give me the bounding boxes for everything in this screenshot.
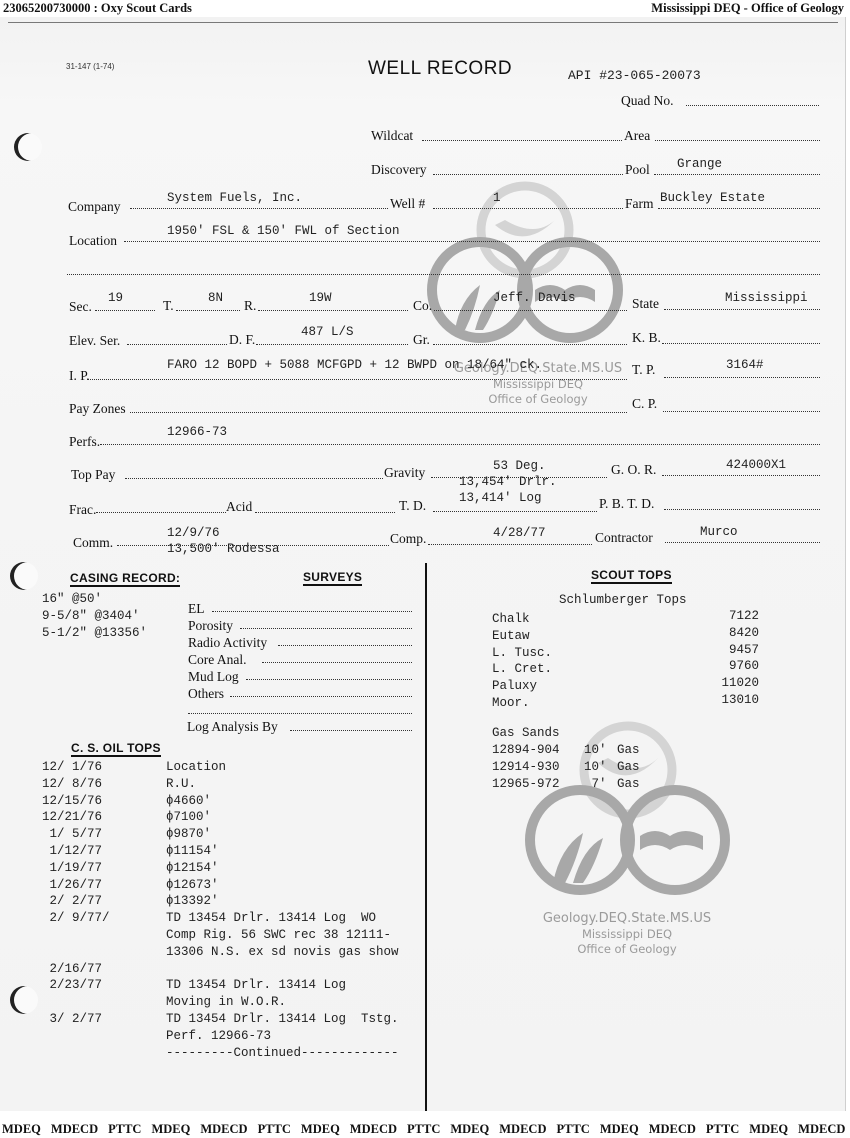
- r-label: R.: [244, 298, 256, 314]
- survey-core-anal-label: Core Anal.: [188, 652, 247, 668]
- watermark-office: Office of Geology: [448, 392, 628, 406]
- discovery-line: [433, 174, 623, 175]
- formation-depth: 7122: [729, 609, 759, 623]
- form-number: 31-147 (1-74): [66, 62, 114, 71]
- survey-el-line: [212, 611, 412, 612]
- gor-line: [662, 475, 820, 476]
- casing-item: 16" @50': [42, 592, 102, 606]
- farm-label: Farm: [625, 196, 654, 212]
- footer-item: MDECD: [200, 1120, 247, 1138]
- tp-label: T. P.: [632, 362, 655, 378]
- footer-item: PTTC: [407, 1120, 440, 1138]
- formation-name: Eutaw: [492, 629, 530, 643]
- survey-mud-log-line: [246, 679, 412, 680]
- row-date: 2/ 2/77: [42, 894, 102, 908]
- footer-item: MDEQ: [749, 1120, 788, 1138]
- perfs-label: Perfs.: [69, 434, 100, 450]
- sec-label: Sec.: [69, 299, 92, 315]
- footer-item: MDEQ: [600, 1120, 639, 1138]
- list-item: Eutaw 8420: [492, 626, 762, 644]
- company-label: Company: [68, 199, 121, 215]
- agency-title: Mississippi DEQ - Office of Geology: [651, 0, 844, 17]
- formation-name: L. Cret.: [492, 662, 552, 676]
- pay-zones-label: Pay Zones: [69, 401, 126, 417]
- row-date: 2/16/77: [42, 962, 102, 976]
- gas-sand-interval: 12965-972: [492, 777, 560, 791]
- survey-el-label: EL: [188, 601, 205, 617]
- gas-sand-interval: 12914-930: [492, 760, 560, 774]
- list-item: Paluxy 11020: [492, 676, 762, 694]
- gas-sand-type: Gas: [617, 743, 640, 757]
- location-line-2: [67, 274, 820, 275]
- discovery-label: Discovery: [371, 162, 426, 178]
- row-text: ϕ13392': [166, 894, 219, 908]
- gr-line: [433, 344, 627, 345]
- t-label: T.: [163, 298, 174, 314]
- footer-item: PTTC: [556, 1120, 589, 1138]
- well-no-value: 1: [493, 191, 501, 205]
- row-text: Comp Rig. 56 SWC rec 38 12111-: [166, 928, 391, 942]
- footer-item: MDEQ: [301, 1120, 340, 1138]
- api-number: API #23-065-20073: [568, 68, 701, 83]
- formation-depth: 11020: [721, 676, 759, 690]
- watermark-agency: Mississippi DEQ: [532, 927, 722, 941]
- county-value: Jeff. Davis: [493, 291, 576, 305]
- casing-item: 5-1/2" @13356': [42, 626, 147, 640]
- row-date: 1/19/77: [42, 861, 102, 875]
- card-top-edge: [8, 22, 838, 23]
- ip-value: FARO 12 BOPD + 5088 MCFGPD + 12 BWPD on …: [167, 358, 542, 372]
- row-date: 1/ 5/77: [42, 827, 102, 841]
- survey-blank-line: [188, 713, 412, 714]
- formation-depth: 9457: [729, 643, 759, 657]
- t-line: [176, 310, 240, 311]
- pool-label: Pool: [625, 162, 650, 178]
- gas-sand-thickness: 10': [584, 760, 607, 774]
- kb-line: [662, 343, 820, 344]
- t-value: 8N: [208, 291, 223, 305]
- formation-name: L. Tusc.: [492, 646, 552, 660]
- state-label: State: [632, 296, 659, 312]
- ip-label: I. P.: [69, 368, 90, 384]
- formation-depth: 9760: [729, 659, 759, 673]
- kb-label: K. B.: [632, 330, 661, 346]
- gas-sand-thickness: 10': [584, 743, 607, 757]
- td-value-log: 13,414' Log: [459, 491, 542, 505]
- page-header: 23065200730000 : Oxy Scout Cards Mississ…: [0, 0, 850, 17]
- row-date: 1/26/77: [42, 878, 102, 892]
- wildcat-line: [422, 140, 622, 141]
- footer-item: MDECD: [51, 1120, 98, 1138]
- row-date: 12/21/76: [42, 810, 102, 824]
- footer-item: MDECD: [499, 1120, 546, 1138]
- list-item: Moor. 13010: [492, 693, 762, 711]
- footer-item: PTTC: [108, 1120, 141, 1138]
- contractor-label: Contractor: [595, 530, 653, 546]
- td-line: [433, 511, 597, 512]
- ip-line: [87, 379, 627, 380]
- r-value: 19W: [309, 291, 332, 305]
- pool-line: [654, 174, 820, 175]
- area-line: [655, 140, 820, 141]
- watermark-office: Office of Geology: [532, 942, 722, 956]
- contractor-line: [665, 542, 820, 543]
- comp-value: 4/28/77: [493, 526, 546, 540]
- pbtd-label: P. B. T. D.: [599, 496, 654, 512]
- footer-item: MDECD: [798, 1120, 845, 1138]
- tp-value: 3164#: [726, 358, 764, 372]
- td-label: T. D.: [399, 498, 426, 514]
- formation-name: Chalk: [492, 612, 530, 626]
- quad-no-line: [686, 105, 819, 106]
- location-line: [124, 241, 820, 242]
- quad-no-label: Quad No.: [621, 93, 674, 109]
- cs-oil-tops-heading: C. S. OIL TOPS: [71, 741, 161, 757]
- log-analysis-by-line: [290, 730, 412, 731]
- footer-item: MDECD: [649, 1120, 696, 1138]
- frac-label: Frac.: [69, 502, 96, 518]
- row-text: ϕ12154': [166, 861, 219, 875]
- list-item: L. Cret. 9760: [492, 659, 762, 677]
- row-text: TD 13454 Drlr. 13414 Log Tstg.: [166, 1012, 399, 1026]
- formation-depth: 13010: [721, 693, 759, 707]
- continued-note: ---------Continued-------------: [166, 1046, 399, 1060]
- df-line: [256, 344, 408, 345]
- formation-depth: 8420: [729, 626, 759, 640]
- sec-line: [95, 310, 155, 311]
- td-value-drlr: 13,454' Drlr.: [459, 475, 557, 489]
- list-item: Chalk 7122: [492, 609, 762, 627]
- gas-sands-heading: Gas Sands: [492, 726, 560, 740]
- survey-porosity-label: Porosity: [188, 618, 233, 634]
- footer-item: PTTC: [706, 1120, 739, 1138]
- row-text: Moving in W.O.R.: [166, 995, 286, 1009]
- pool-value: Grange: [677, 157, 722, 171]
- schlumberger-tops-subheading: Schlumberger Tops: [559, 593, 687, 607]
- farm-line: [658, 208, 820, 209]
- footer-item: MDEQ: [2, 1120, 41, 1138]
- surveys-heading: SURVEYS: [303, 570, 362, 586]
- log-analysis-by-label: Log Analysis By: [187, 719, 278, 735]
- row-text: ϕ9870': [166, 827, 211, 841]
- formation-name: Moor.: [492, 696, 530, 710]
- row-text: ϕ4660': [166, 794, 211, 808]
- comp-label: Comp.: [390, 531, 426, 547]
- cp-line: [663, 411, 820, 412]
- row-date: 1/12/77: [42, 844, 102, 858]
- row-text: Perf. 12966-73: [166, 1029, 271, 1043]
- hole-punch-icon: [10, 986, 38, 1014]
- row-text: 13306 N.S. ex sd novis gas show: [166, 945, 399, 959]
- row-text: ϕ12673': [166, 878, 219, 892]
- well-no-line: [433, 208, 623, 209]
- pay-zones-line: [130, 412, 627, 413]
- row-text: TD 13454 Drlr. 13414 Log: [166, 978, 346, 992]
- cp-label: C. P.: [632, 396, 657, 412]
- casing-item: 9-5/8" @3404': [42, 609, 140, 623]
- survey-radio-activity-line: [278, 645, 412, 646]
- state-line: [664, 309, 820, 310]
- elev-ser-line: [127, 344, 227, 345]
- comp-line: [428, 544, 592, 545]
- footer-item: MDEQ: [450, 1120, 489, 1138]
- record-id-title: 23065200730000 : Oxy Scout Cards: [3, 0, 192, 17]
- watermark-url: Geology.DEQ.State.MS.US: [532, 911, 722, 926]
- location-label: Location: [69, 233, 117, 249]
- state-value: Mississippi: [725, 291, 808, 305]
- survey-radio-activity-label: Radio Activity: [188, 635, 267, 651]
- footer-credits: MDEQ MDECD PTTC MDEQ MDECD PTTC MDEQ MDE…: [0, 1120, 850, 1138]
- perfs-value: 12966-73: [167, 425, 227, 439]
- gor-label: G. O. R.: [611, 462, 656, 478]
- acid-label: Acid: [226, 499, 252, 515]
- row-date: 12/ 1/76: [42, 760, 162, 774]
- gas-sand-thickness: 7': [584, 777, 607, 791]
- df-label: D. F.: [229, 332, 255, 348]
- farm-value: Buckley Estate: [660, 191, 765, 205]
- r-line: [258, 310, 408, 311]
- comm-label: Comm.: [73, 535, 113, 551]
- row-date: 12/15/76: [42, 794, 102, 808]
- gravity-value: 53 Deg.: [493, 459, 546, 473]
- hole-punch-icon: [10, 562, 38, 590]
- gor-value: 424000X1: [726, 458, 786, 472]
- top-pay-label: Top Pay: [71, 467, 115, 483]
- survey-others-line: [230, 696, 412, 697]
- pbtd-line: [664, 509, 820, 510]
- row-text: Location: [166, 760, 226, 774]
- gravity-label: Gravity: [384, 465, 425, 481]
- area-label: Area: [624, 128, 650, 144]
- county-line: [434, 310, 627, 311]
- contractor-value: Murco: [700, 525, 738, 539]
- row-date: 2/23/77: [42, 978, 102, 992]
- perfs-line: [100, 444, 820, 445]
- frac-line: [96, 512, 226, 513]
- scout-tops-heading: SCOUT TOPS: [591, 568, 672, 584]
- form-title: WELL RECORD: [368, 58, 512, 80]
- footer-item: MDEQ: [151, 1120, 190, 1138]
- footer-item: MDECD: [350, 1120, 397, 1138]
- location-value: 1950' FSL & 150' FWL of Section: [167, 224, 400, 238]
- survey-porosity-line: [240, 628, 412, 629]
- gas-sand-type: Gas: [617, 760, 640, 774]
- row-date: 12/ 8/76: [42, 777, 102, 791]
- tp-line: [664, 377, 820, 378]
- wildcat-label: Wildcat: [371, 128, 413, 144]
- company-line: [130, 208, 388, 209]
- row-text: ϕ7100': [166, 810, 211, 824]
- survey-core-anal-line: [262, 662, 412, 663]
- footer-item: PTTC: [258, 1120, 291, 1138]
- formation-name: Paluxy: [492, 679, 537, 693]
- acid-line: [255, 512, 395, 513]
- gr-label: Gr.: [413, 332, 430, 348]
- casing-record-heading: CASING RECORD:: [70, 571, 180, 587]
- survey-mud-log-label: Mud Log: [188, 669, 239, 685]
- top-pay-line: [125, 478, 383, 479]
- county-label: Co.: [413, 298, 432, 314]
- well-no-label: Well #: [390, 196, 425, 212]
- row-date: 3/ 2/77: [42, 1012, 102, 1026]
- comm-date-value: 12/9/76: [167, 526, 220, 540]
- gas-sand-type: Gas: [617, 777, 640, 791]
- row-date: 2/ 9/77/: [42, 911, 110, 925]
- comm-formation-value: 13,500' Rodessa: [167, 542, 280, 556]
- df-value: 487 L/S: [301, 325, 354, 339]
- survey-others-label: Others: [188, 686, 224, 702]
- column-divider: [425, 563, 427, 1111]
- gas-sand-interval: 12894-904: [492, 743, 560, 757]
- elev-ser-label: Elev. Ser.: [69, 333, 120, 349]
- company-value: System Fuels, Inc.: [167, 191, 302, 205]
- row-text: ϕ11154': [166, 844, 219, 858]
- sec-value: 19: [108, 291, 123, 305]
- row-text: R.U.: [166, 777, 196, 791]
- row-text: TD 13454 Drlr. 13414 Log WO: [166, 911, 376, 925]
- hole-punch-icon: [14, 133, 42, 161]
